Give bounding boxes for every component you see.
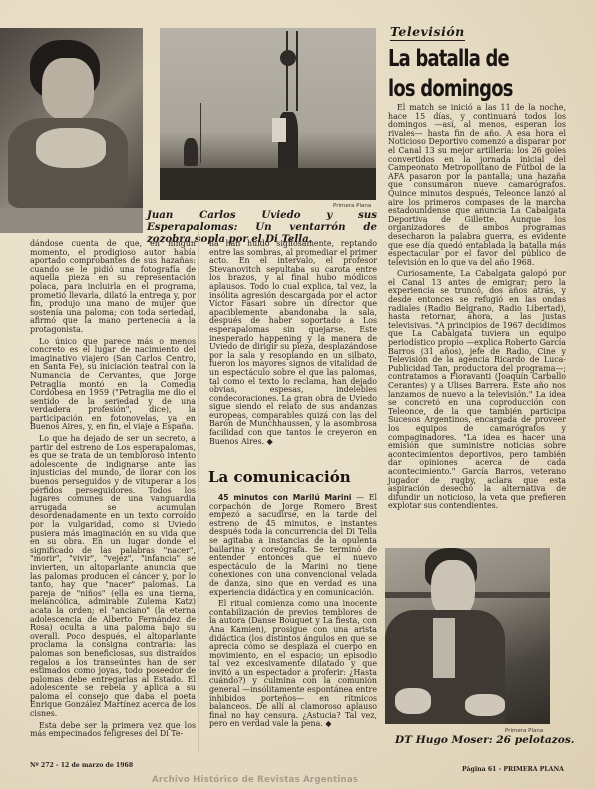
column-3: El match se inició a las 11 de la noche,… bbox=[388, 104, 566, 514]
subsection-heading: La comunicación bbox=[208, 468, 351, 486]
column-divider bbox=[198, 232, 199, 752]
archive-watermark: Archivo Histórico de Revistas Argentinas bbox=[152, 775, 358, 785]
paragraph: lla han huido sigilosamente, reptando en… bbox=[209, 240, 377, 446]
paragraph-text: — El corpachón de Jorge Romero Brest emp… bbox=[209, 493, 377, 597]
page-number: Página 61 - PRIMERA PLANA bbox=[462, 766, 564, 773]
headline-line-1: La batalla de bbox=[388, 44, 544, 74]
column-2: lla han huido sigilosamente, reptando en… bbox=[209, 240, 377, 449]
column-2-lower: 45 minutos con Marilú Marini — El corpac… bbox=[209, 494, 377, 732]
paragraph: El match se inició a las 11 de la noche,… bbox=[388, 104, 566, 267]
paragraph: Lo único que parece más o menos concreto… bbox=[30, 338, 196, 433]
section-label: Televisión bbox=[390, 24, 465, 41]
uviedo-portrait-photo bbox=[0, 28, 143, 233]
issue-info: Nº 272 - 12 de marzo de 1968 bbox=[30, 762, 133, 769]
paragraph: Esta debe ser la primera vez que los más… bbox=[30, 722, 196, 739]
column-1: dándose cuenta de que, en ningún momento… bbox=[30, 240, 196, 742]
moser-portrait-photo bbox=[385, 548, 550, 724]
stage-performance-photo bbox=[160, 28, 376, 200]
headline-line-2: los domingos bbox=[388, 74, 544, 104]
paragraph: Lo que ha dejado de ser un secreto, a pa… bbox=[30, 435, 196, 719]
paragraph: 45 minutos con Marilú Marini — El corpac… bbox=[209, 494, 377, 597]
paragraph: Curiosamente, La Cabalgata galopó por el… bbox=[388, 270, 566, 511]
paragraph: El ritual comienza como una inocente con… bbox=[209, 600, 377, 729]
magazine-page: Primera Plana Juan Carlos Uviedo y sus E… bbox=[0, 0, 595, 789]
moser-photo-caption: DT Hugo Moser: 26 pelotazos. bbox=[395, 734, 574, 746]
article-headline: La batalla de los domingos bbox=[388, 44, 544, 104]
paragraph: dándose cuenta de que, en ningún momento… bbox=[30, 240, 196, 335]
